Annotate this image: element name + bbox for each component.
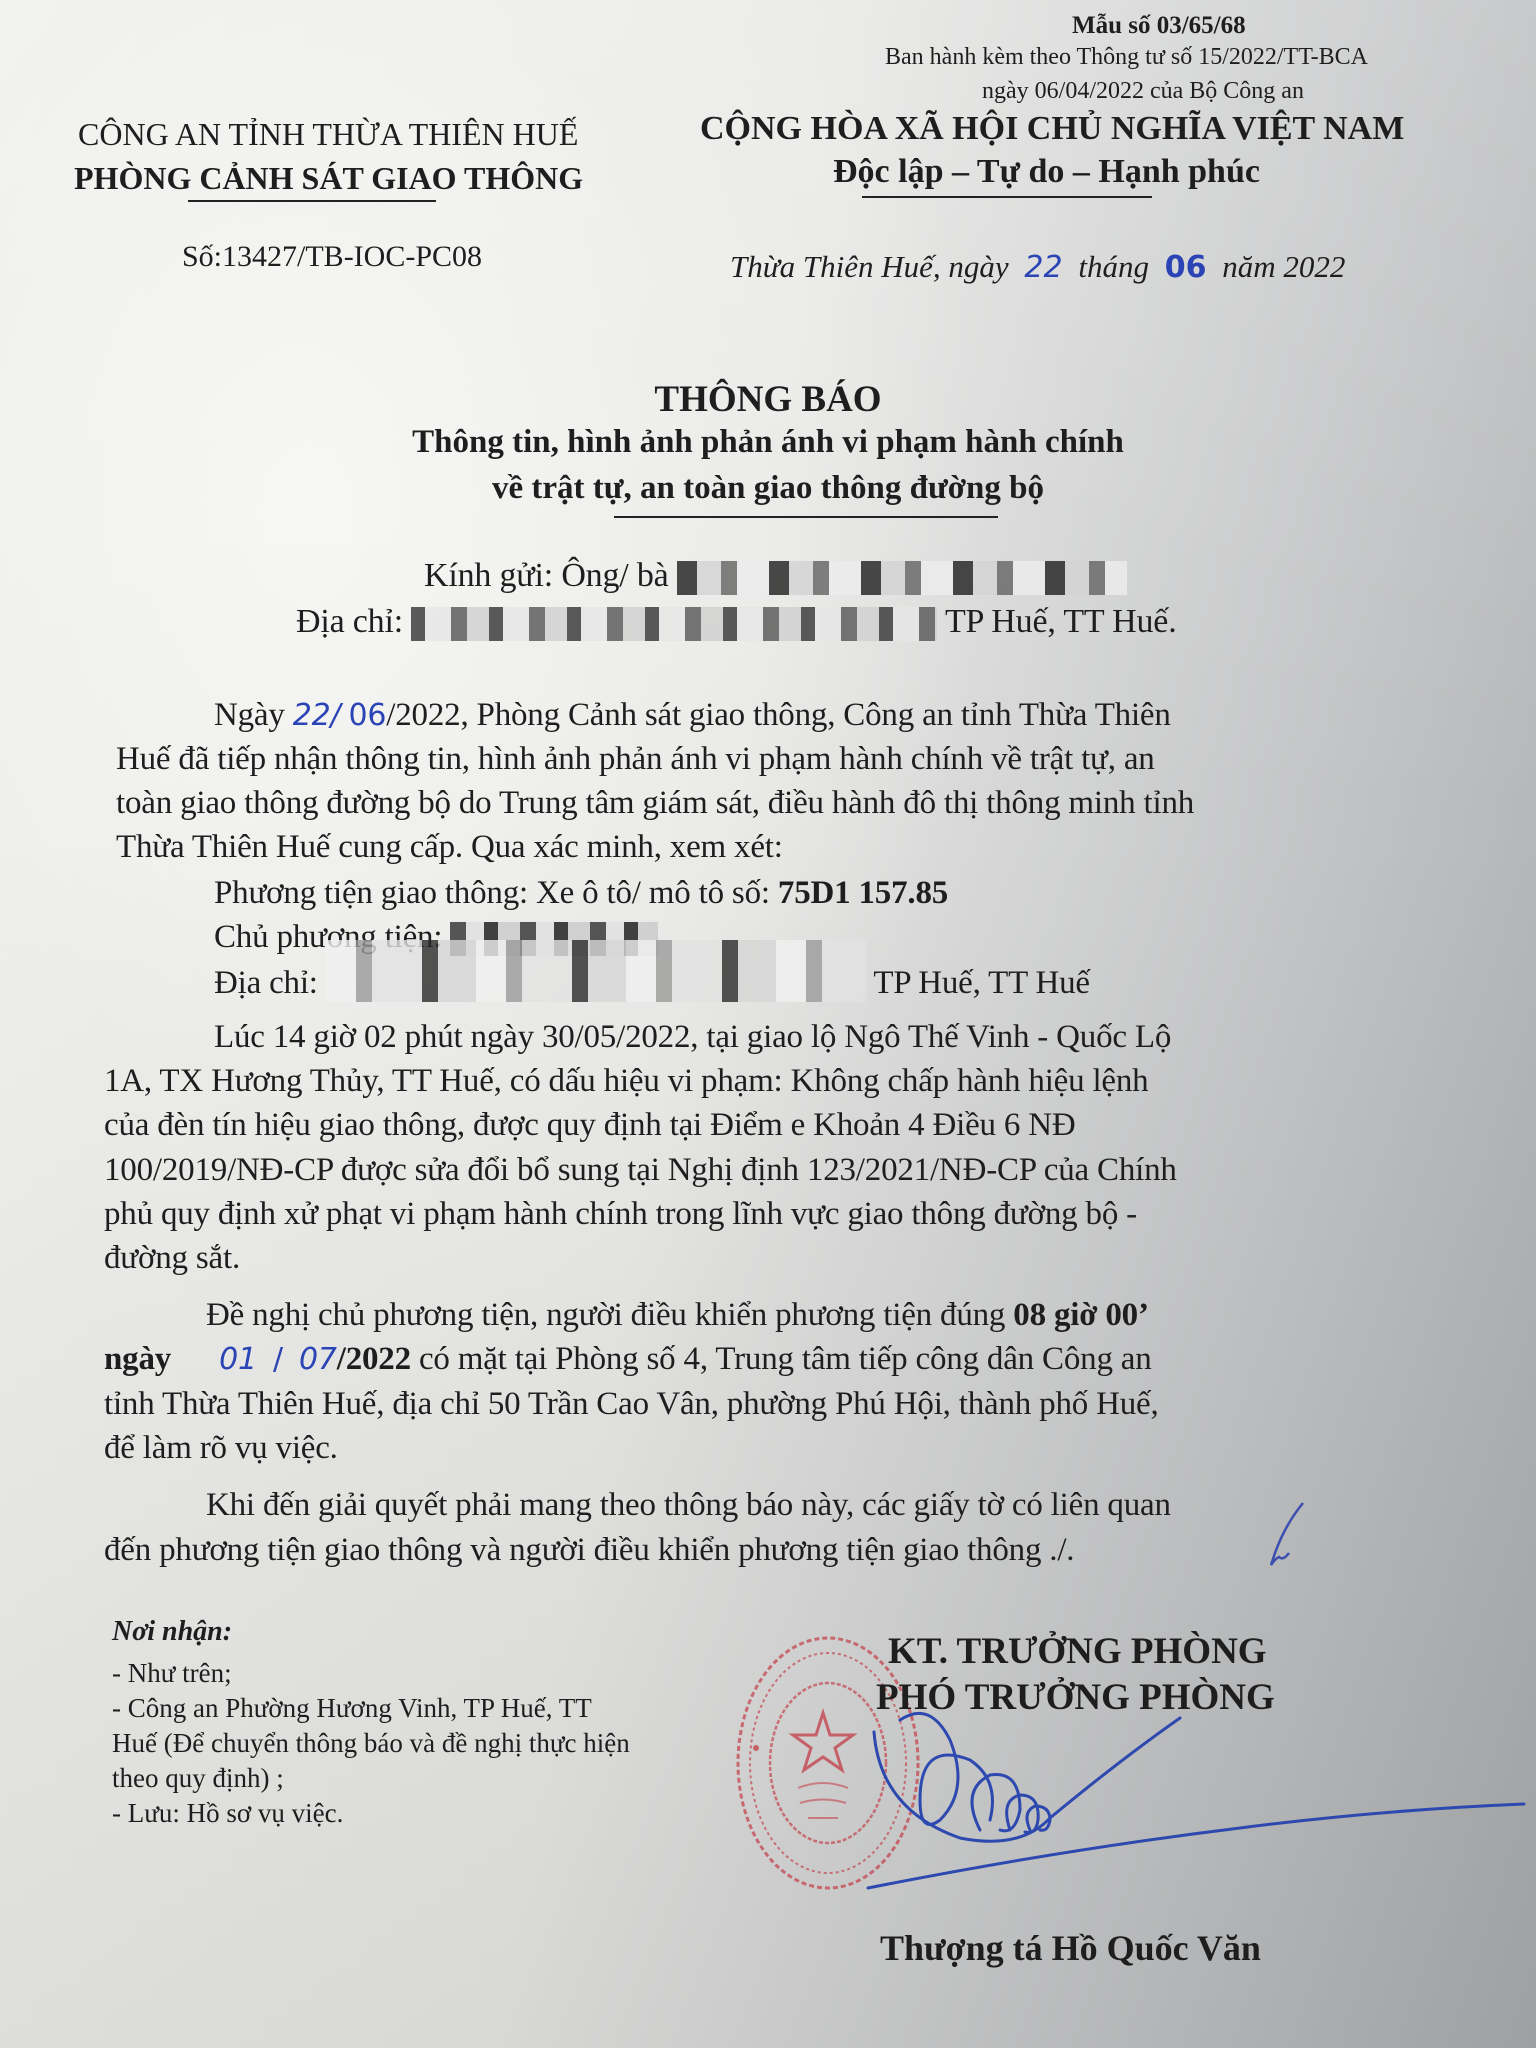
p2-line-3: của đèn tín hiệu giao thông, được quy đị… (104, 1107, 1076, 1144)
country-name: CỘNG HÒA XÃ HỘI CHỦ NGHĨA VIỆT NAM (700, 110, 1404, 148)
handwritten-month: 06 (1165, 250, 1207, 285)
owner-address-line: Địa chỉ: TP Huế, TT Huế (214, 965, 1090, 1002)
vehicle-plate-number: 75D1 157.85 (778, 875, 948, 911)
national-motto: Độc lập – Tự do – Hạnh phúc (833, 153, 1260, 191)
p3-line-1: Đề nghị chủ phương tiện, người điều khiể… (206, 1297, 1149, 1334)
title-underline (614, 516, 998, 518)
p4-line-1: Khi đến giải quyết phải mang theo thông … (206, 1487, 1171, 1524)
recipient-item: theo quy định) ; (112, 1761, 630, 1796)
handwritten-received-day: 22/ (293, 698, 341, 733)
p3-line-1-text: Đề nghị chủ phương tiện, người điều khiể… (206, 1297, 1005, 1333)
handwritten-appointment-month: 07 (299, 1342, 337, 1377)
vehicle-line: Phương tiện giao thông: Xe ô tô/ mô tô s… (214, 875, 948, 912)
date-year: năm 2022 (1222, 249, 1345, 284)
address-label: Địa chỉ: (296, 603, 403, 640)
handwritten-separator: / (273, 1342, 283, 1377)
handwritten-signature-icon (860, 1700, 1536, 1930)
p3-line-4: để làm rõ vụ việc. (104, 1430, 338, 1467)
handwritten-appointment-day: 01 (219, 1342, 257, 1377)
recipient-address-line: Địa chỉ: TP Huế, TT Huế. (296, 603, 1177, 641)
p1-line-2: Huế đã tiếp nhận thông tin, hình ảnh phả… (116, 741, 1155, 778)
p1-line-1-rest: /2022, Phòng Cảnh sát giao thông, Công a… (386, 697, 1170, 733)
address-suffix: TP Huế, TT Huế. (945, 603, 1177, 640)
recipient-item: Huế (Để chuyển thông báo và đề nghị thực… (112, 1726, 630, 1761)
document-number: Số:13427/TB-IOC-PC08 (182, 240, 482, 274)
department-underline (188, 200, 436, 202)
p3-line-2-rest: có mặt tại Phòng số 4, Trung tâm tiếp cô… (419, 1341, 1152, 1377)
p2-line-5: phủ quy định xử phạt vi phạm hành chính … (104, 1196, 1137, 1233)
p1-line-1: Ngày 22/ 06/2022, Phòng Cảnh sát giao th… (214, 697, 1171, 734)
p1-prefix: Ngày (214, 697, 285, 733)
p1-line-3: toàn giao thông đường bộ do Trung tâm gi… (116, 785, 1194, 822)
redacted-recipient-name (677, 561, 1127, 595)
p3-line-2: ngày 01 / 07/2022 có mặt tại Phòng số 4,… (104, 1341, 1152, 1378)
p2-line-4: 100/2019/NĐ-CP được sửa đổi bổ sung tại … (104, 1152, 1177, 1189)
recipients-list: - Như trên; - Công an Phường Hương Vinh,… (112, 1656, 630, 1831)
form-issued-with: Ban hành kèm theo Thông tư số 15/2022/TT… (885, 44, 1368, 71)
handwritten-received-month: 06 (349, 698, 387, 733)
appointment-time: 08 giờ 00’ (1013, 1297, 1148, 1333)
vehicle-label: Phương tiện giao thông: Xe ô tô/ mô tô s… (214, 875, 770, 911)
handwritten-day: 22 (1024, 250, 1062, 285)
document-subtitle-1: Thông tin, hình ảnh phản ánh vi phạm hàn… (0, 424, 1536, 461)
signer-name: Thượng tá Hồ Quốc Văn (880, 1927, 1261, 1969)
agency-name: CÔNG AN TỈNH THỪA THIÊN HUẾ (78, 116, 578, 153)
p2-line-6: đường sắt. (104, 1240, 240, 1277)
redacted-owner-address (326, 940, 866, 1002)
p1-line-4: Thừa Thiên Huế cung cấp. Qua xác minh, x… (116, 829, 783, 866)
p2-line-1: Lúc 14 giờ 02 phút ngày 30/05/2022, tại … (214, 1019, 1171, 1056)
recipients-heading: Nơi nhận: (112, 1616, 232, 1648)
motto-underline (862, 196, 1152, 198)
appointment-day-label: ngày (104, 1341, 171, 1377)
owner-address-suffix: TP Huế, TT Huế (873, 965, 1090, 1001)
p3-line-3: tỉnh Thừa Thiên Huế, địa chỉ 50 Trần Cao… (104, 1386, 1159, 1423)
signature-title-1: KT. TRƯỞNG PHÒNG (888, 1630, 1267, 1673)
form-issued-date: ngày 06/04/2022 của Bộ Công an (982, 78, 1304, 105)
appointment-year: /2022 (337, 1341, 411, 1377)
date-month-label: tháng (1078, 249, 1149, 284)
form-number: Mẫu số 03/65/68 (1072, 12, 1246, 40)
owner-address-label: Địa chỉ: (214, 965, 318, 1001)
recipient-item: - Lưu: Hồ sơ vụ việc. (112, 1796, 630, 1831)
redacted-recipient-address (411, 607, 937, 641)
recipient-item: - Công an Phường Hương Vinh, TP Huế, TT (112, 1691, 630, 1726)
department-name: PHÒNG CẢNH SÁT GIAO THÔNG (74, 160, 583, 197)
p4-line-2: đến phương tiện giao thông và người điều… (104, 1532, 1074, 1569)
document-subtitle-2: về trật tự, an toàn giao thông đường bộ (0, 470, 1536, 507)
initial-mark-icon (1245, 1495, 1325, 1575)
document-title: THÔNG BÁO (0, 378, 1536, 421)
recipient-label: Kính gửi: Ông/ bà (424, 557, 669, 594)
recipient-line: Kính gửi: Ông/ bà (424, 557, 1127, 595)
date-prefix: Thừa Thiên Huế, ngày (730, 249, 1009, 284)
p2-line-2: 1A, TX Hương Thủy, TT Huế, có dấu hiệu v… (104, 1063, 1148, 1100)
issue-date-line: Thừa Thiên Huế, ngày 22 tháng 06 năm 202… (730, 249, 1345, 285)
recipient-item: - Như trên; (112, 1656, 630, 1691)
